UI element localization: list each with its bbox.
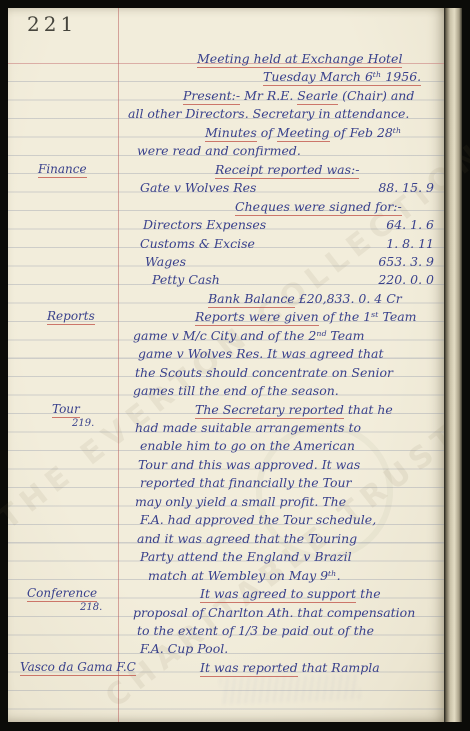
minutes-line: proposal of Charlton Ath. that compensat… [8, 603, 444, 622]
margin-heading: Reports [47, 307, 95, 326]
minutes-text: Reports were given of the 1ˢᵗ Team [195, 307, 417, 326]
minutes-line: game v M/c City and of the 2ⁿᵈ Team [8, 326, 444, 345]
minutes-text: The Secretary reported that he [195, 400, 393, 419]
minutes-text: Cheques were signed for:- [235, 197, 402, 216]
minutes-text: were read and confirmed. [137, 141, 301, 160]
minutes-line: F.A. Cup Pool. [8, 639, 444, 658]
minutes-line: Minutes of Meeting of Feb 28ᵗʰ [8, 123, 444, 142]
minutes-line: the Scouts should concentrate on Senior [8, 363, 444, 382]
minutes-text: Wages [145, 252, 186, 271]
handwritten-minutes: Meeting held at Exchange HotelTuesday Ma… [8, 8, 444, 722]
minutes-text: Petty Cash [152, 270, 220, 289]
minutes-line: Petty Cash220. 0. 0 [8, 270, 444, 289]
ledger-page: 221 THE EVERTON COLLECTION CHARITABLE TR… [8, 8, 444, 722]
minutes-line: Tour and this was approved. It was [8, 455, 444, 474]
minutes-line: Party attend the England v Brazil [8, 547, 444, 566]
minutes-text: game v Wolves Res. It was agreed that [138, 344, 383, 363]
minutes-line: Cheques were signed for:- [8, 197, 444, 216]
minutes-text: game v M/c City and of the 2ⁿᵈ Team [133, 326, 364, 345]
minutes-line: Directors Expenses64. 1. 6 [8, 215, 444, 234]
minutes-text: to the extent of 1/3 be paid out of the [137, 621, 374, 640]
minutes-line: to the extent of 1/3 be paid out of the [8, 621, 444, 640]
minutes-text: games till the end of the season. [133, 381, 339, 400]
amount-value: 1. 8. 11 [386, 234, 434, 253]
amount-value: 64. 1. 6 [386, 215, 434, 234]
minutes-text: Minutes of Meeting of Feb 28ᵗʰ [205, 123, 401, 142]
minutes-line: had made suitable arrangements to [8, 418, 444, 437]
minutes-line: Conference218.It was agreed to support t… [8, 584, 444, 603]
minutes-text: had made suitable arrangements to [135, 418, 361, 437]
minutes-text: It was reported that Rampla [200, 658, 380, 677]
minutes-line: Vasco da Gama F.CIt was reported that Ra… [8, 658, 444, 677]
minutes-line: match at Wembley on May 9ᵗʰ. [8, 566, 444, 585]
minutes-text: the Scouts should concentrate on Senior [135, 363, 393, 382]
minutes-line: Tour219.The Secretary reported that he [8, 400, 444, 419]
minutes-text: Tour and this was approved. It was [138, 455, 360, 474]
minutes-line: Customs & Excise1. 8. 11 [8, 234, 444, 253]
minutes-line: ReportsReports were given of the 1ˢᵗ Tea… [8, 307, 444, 326]
amount-value: 653. 3. 9 [378, 252, 434, 271]
minutes-line: enable him to go on the American [8, 436, 444, 455]
minutes-text: may only yield a small profit. The [135, 492, 346, 511]
minutes-text: enable him to go on the American [140, 436, 355, 455]
minutes-text: Tuesday March 6ᵗʰ 1956. [263, 67, 421, 86]
minutes-text: Present:- Mr R.E. Searle (Chair) and [183, 86, 414, 105]
minutes-text: F.A. Cup Pool. [140, 639, 228, 658]
minutes-line: were read and confirmed. [8, 141, 444, 160]
minutes-text: and it was agreed that the Touring [137, 529, 357, 548]
margin-heading: Finance [38, 160, 87, 179]
minutes-line: games till the end of the season. [8, 381, 444, 400]
page-edge-curl [444, 8, 462, 722]
minutes-text: proposal of Charlton Ath. that compensat… [133, 603, 415, 622]
minutes-text: Receipt reported was:- [215, 160, 359, 179]
minutes-text: Customs & Excise [140, 234, 255, 253]
minutes-line: Bank Balance £20,833. 0. 4 Cr [8, 289, 444, 308]
minutes-line: Wages653. 3. 9 [8, 252, 444, 271]
minutes-text: Meeting held at Exchange Hotel [197, 49, 402, 68]
minutes-text: Bank Balance £20,833. 0. 4 Cr [208, 289, 402, 308]
minutes-text: F.A. had approved the Tour schedule, [140, 510, 376, 529]
minutes-line: Present:- Mr R.E. Searle (Chair) and [8, 86, 444, 105]
minutes-line: Gate v Wolves Res88. 15. 9 [8, 178, 444, 197]
minutes-text: Directors Expenses [143, 215, 266, 234]
minutes-line: Tuesday March 6ᵗʰ 1956. [8, 67, 444, 86]
minutes-text: Gate v Wolves Res [140, 178, 256, 197]
margin-heading: Vasco da Gama F.C [20, 658, 136, 677]
minutes-line: may only yield a small profit. The [8, 492, 444, 511]
minutes-text: match at Wembley on May 9ᵗʰ. [148, 566, 341, 585]
minutes-text: reported that financially the Tour [140, 473, 352, 492]
minutes-text: It was agreed to support the [200, 584, 381, 603]
amount-value: 88. 15. 9 [378, 178, 434, 197]
minutes-text: all other Directors. Secretary in attend… [128, 104, 409, 123]
minutes-line: FinanceReceipt reported was:- [8, 160, 444, 179]
minutes-line: Meeting held at Exchange Hotel [8, 49, 444, 68]
minutes-line: F.A. had approved the Tour schedule, [8, 510, 444, 529]
minutes-line: all other Directors. Secretary in attend… [8, 104, 444, 123]
minutes-line: reported that financially the Tour [8, 473, 444, 492]
amount-value: 220. 0. 0 [378, 270, 434, 289]
minutes-line: and it was agreed that the Touring [8, 529, 444, 548]
minutes-line: game v Wolves Res. It was agreed that [8, 344, 444, 363]
minutes-text: Party attend the England v Brazil [140, 547, 352, 566]
